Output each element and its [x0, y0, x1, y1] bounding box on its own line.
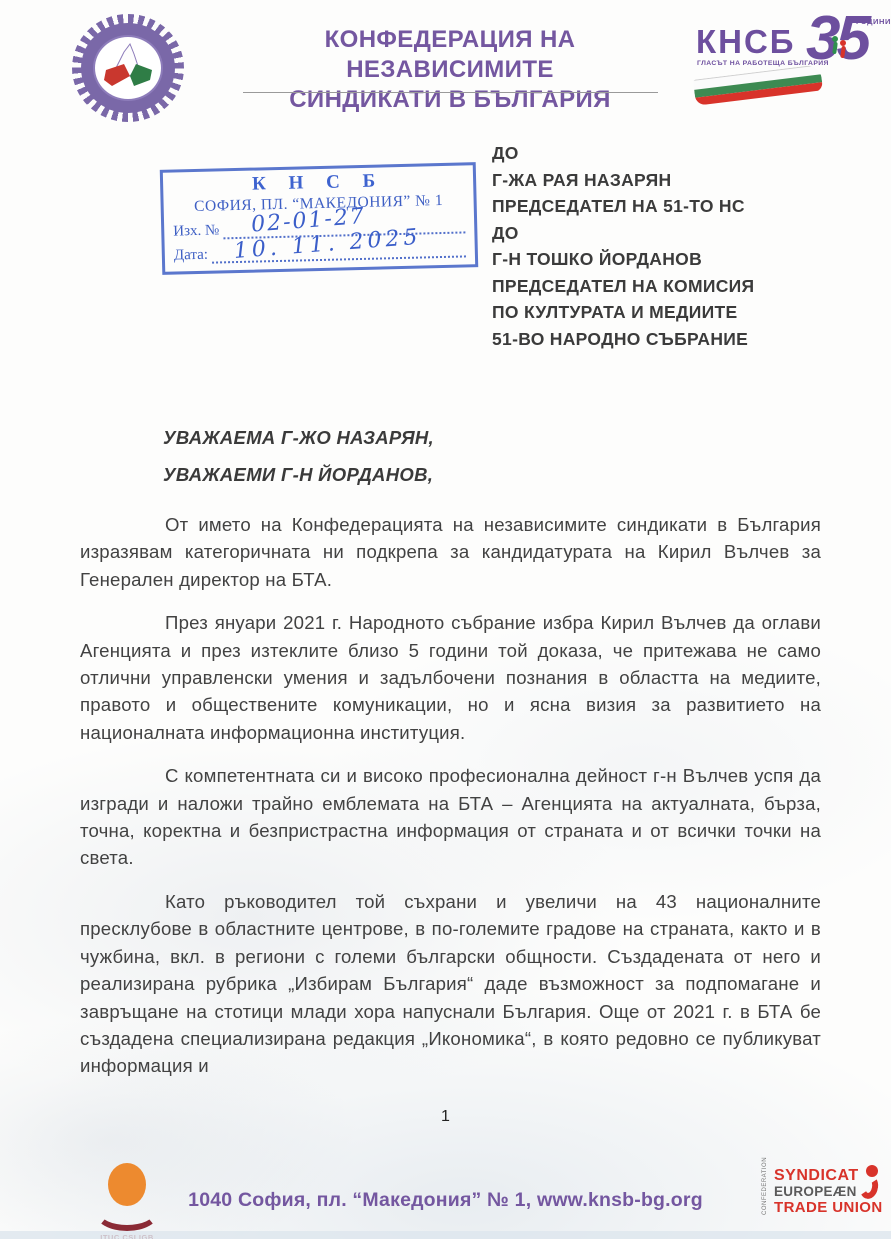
organization-title-line2: СИНДИКАТИ В БЪЛГАРИЯ: [225, 85, 675, 115]
recipient-line: ДО: [492, 140, 754, 167]
letter-body: От името на Конфедерацията на независими…: [80, 511, 821, 1096]
body-paragraph-1: От името на Конфедерацията на независими…: [80, 511, 821, 593]
body-paragraph-4: Като ръководител той съхрани и увеличи н…: [80, 888, 821, 1080]
bulgarian-flag-icon: [693, 64, 823, 105]
body-paragraph-3: С компетентната си и високо професионалн…: [80, 762, 821, 872]
etuc-person-icon: [860, 1165, 882, 1205]
stamp-date-label: Дата:: [174, 247, 212, 265]
etuc-line-europeaen: EUROPEÆN: [774, 1184, 857, 1199]
recipient-line: Г-ЖА РАЯ НАЗАРЯН: [492, 167, 754, 194]
recipient-line: ДО: [492, 220, 754, 247]
salutation-line-2: УВАЖАЕМИ Г-Н ЙОРДАНОВ,: [163, 456, 434, 493]
knsb-wordmark: КНСБ: [696, 25, 796, 58]
knsb-emblem-logo: [72, 14, 184, 122]
etuc-vertical-label: CONFEDERATION: [762, 1169, 768, 1215]
scanned-letter-page: КОНФЕДЕРАЦИЯ НА НЕЗАВИСИМИТЕ СИНДИКАТИ В…: [0, 0, 891, 1239]
stamp-ref-label: Изх. №: [173, 222, 223, 240]
page-number: 1: [0, 1108, 891, 1126]
red-figure-icon: [840, 40, 846, 46]
etuc-logo: CONFEDERATION SYNDICAT EUROPEÆN TRADE UN…: [756, 1167, 886, 1227]
organization-title: КОНФЕДЕРАЦИЯ НА НЕЗАВИСИМИТЕ СИНДИКАТИ В…: [225, 25, 675, 115]
registry-stamp: К Н С Б СОФИЯ, ПЛ. “МАКЕДОНИЯ” № 1 Изх. …: [160, 162, 478, 275]
etuc-line-syndicat: SYNDICAT: [774, 1167, 859, 1185]
salutation-line-1: УВАЖАЕМА Г-ЖО НАЗАРЯН,: [163, 419, 434, 456]
recipient-line: 51-ВО НАРОДНО СЪБРАНИЕ: [492, 326, 754, 353]
ituc-label: ITUC CSI IGB: [92, 1233, 162, 1239]
salutation-block: УВАЖАЕМА Г-ЖО НАЗАРЯН, УВАЖАЕМИ Г-Н ЙОРД…: [163, 419, 434, 493]
organization-title-line1: КОНФЕДЕРАЦИЯ НА НЕЗАВИСИМИТЕ: [225, 25, 675, 85]
recipient-line: ПО КУЛТУРАТА И МЕДИИТЕ: [492, 299, 754, 326]
recipient-line: Г-Н ТОШКО ЙОРДАНОВ: [492, 246, 754, 273]
recipient-line: ПРЕДСЕДАТЕЛ НА 51-ТО НС: [492, 193, 754, 220]
etuc-person-body: [858, 1173, 881, 1200]
stamp-date-row: Дата: 10. 11. 2025: [174, 240, 466, 264]
recipient-block: ДО Г-ЖА РАЯ НАЗАРЯН ПРЕДСЕДАТЕЛ НА 51-ТО…: [492, 140, 754, 352]
emblem-center-icon: [72, 14, 184, 122]
green-figure-icon: [832, 36, 838, 42]
body-paragraph-2: През януари 2021 г. Народното събрание и…: [80, 609, 821, 746]
anniversary-years-label: ГОДИНИ: [856, 17, 891, 26]
knsb-35-years-logo: КНСБ 35 ГОДИНИ ГЛАСЪТ НА РАБОТЕЩА БЪЛГАР…: [694, 16, 884, 108]
recipient-line: ПРЕДСЕДАТЕЛ НА КОМИСИЯ: [492, 273, 754, 300]
header-divider: [243, 92, 658, 93]
